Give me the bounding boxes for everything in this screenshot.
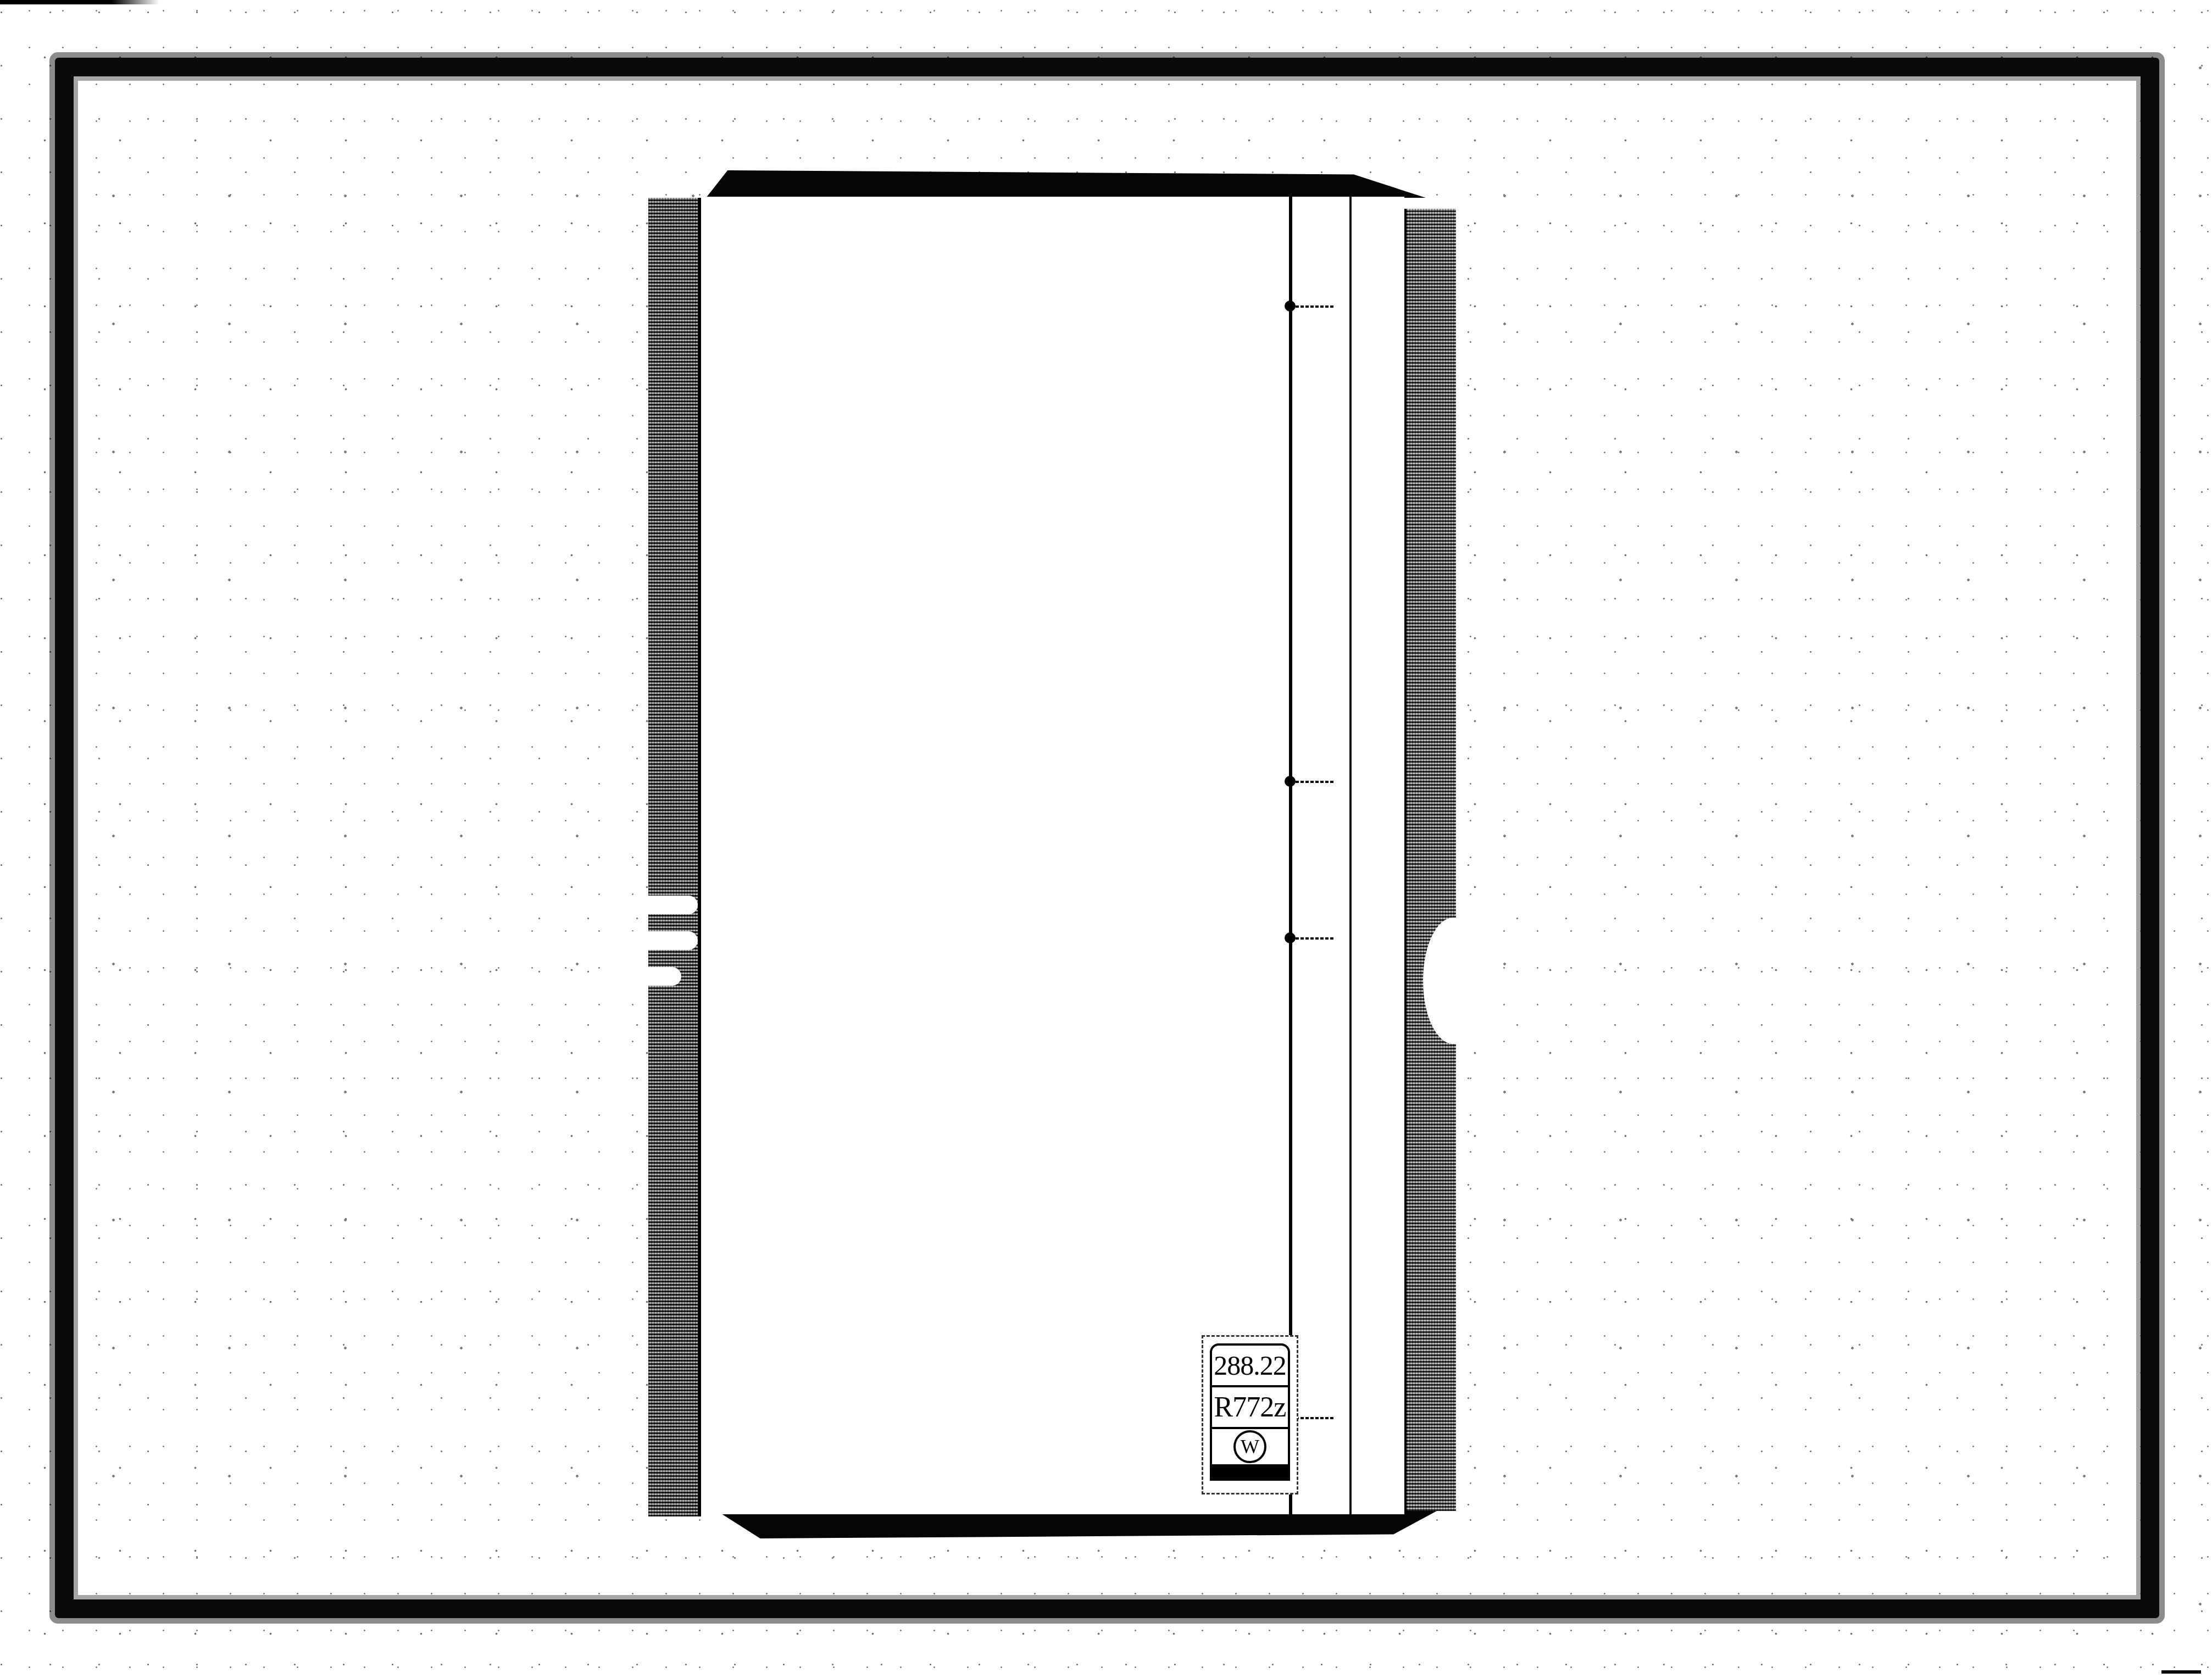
stitch-knot-icon bbox=[1285, 932, 1296, 943]
binding-stitch bbox=[1285, 305, 1334, 308]
spine-lettering-fragment bbox=[632, 890, 698, 1000]
book: 288.22 R772z W bbox=[648, 165, 1461, 1549]
scan-edge-line-top bbox=[0, 0, 159, 4]
book-top-edge-shadow bbox=[706, 170, 1426, 198]
scan-edge-line-bottom bbox=[2161, 1670, 2201, 1674]
call-number-class: 288.22 bbox=[1212, 1346, 1288, 1387]
binding-thread bbox=[1289, 197, 1292, 1514]
label-black-band bbox=[1212, 1464, 1288, 1479]
binding-stitch bbox=[1285, 780, 1334, 784]
left-board-edge bbox=[648, 198, 701, 1516]
call-number-label: 288.22 R772z W bbox=[1202, 1335, 1298, 1494]
binding-stitch bbox=[1285, 937, 1334, 940]
board-notch bbox=[1423, 918, 1483, 1044]
stitch-knot-icon bbox=[1285, 776, 1296, 787]
call-number-cutter: R772z bbox=[1212, 1387, 1288, 1429]
book-bottom-edge-shadow bbox=[717, 1511, 1437, 1538]
right-board-edge bbox=[1404, 209, 1456, 1511]
stitch-knot-icon bbox=[1285, 301, 1296, 312]
library-mark-circle: W bbox=[1233, 1430, 1266, 1463]
